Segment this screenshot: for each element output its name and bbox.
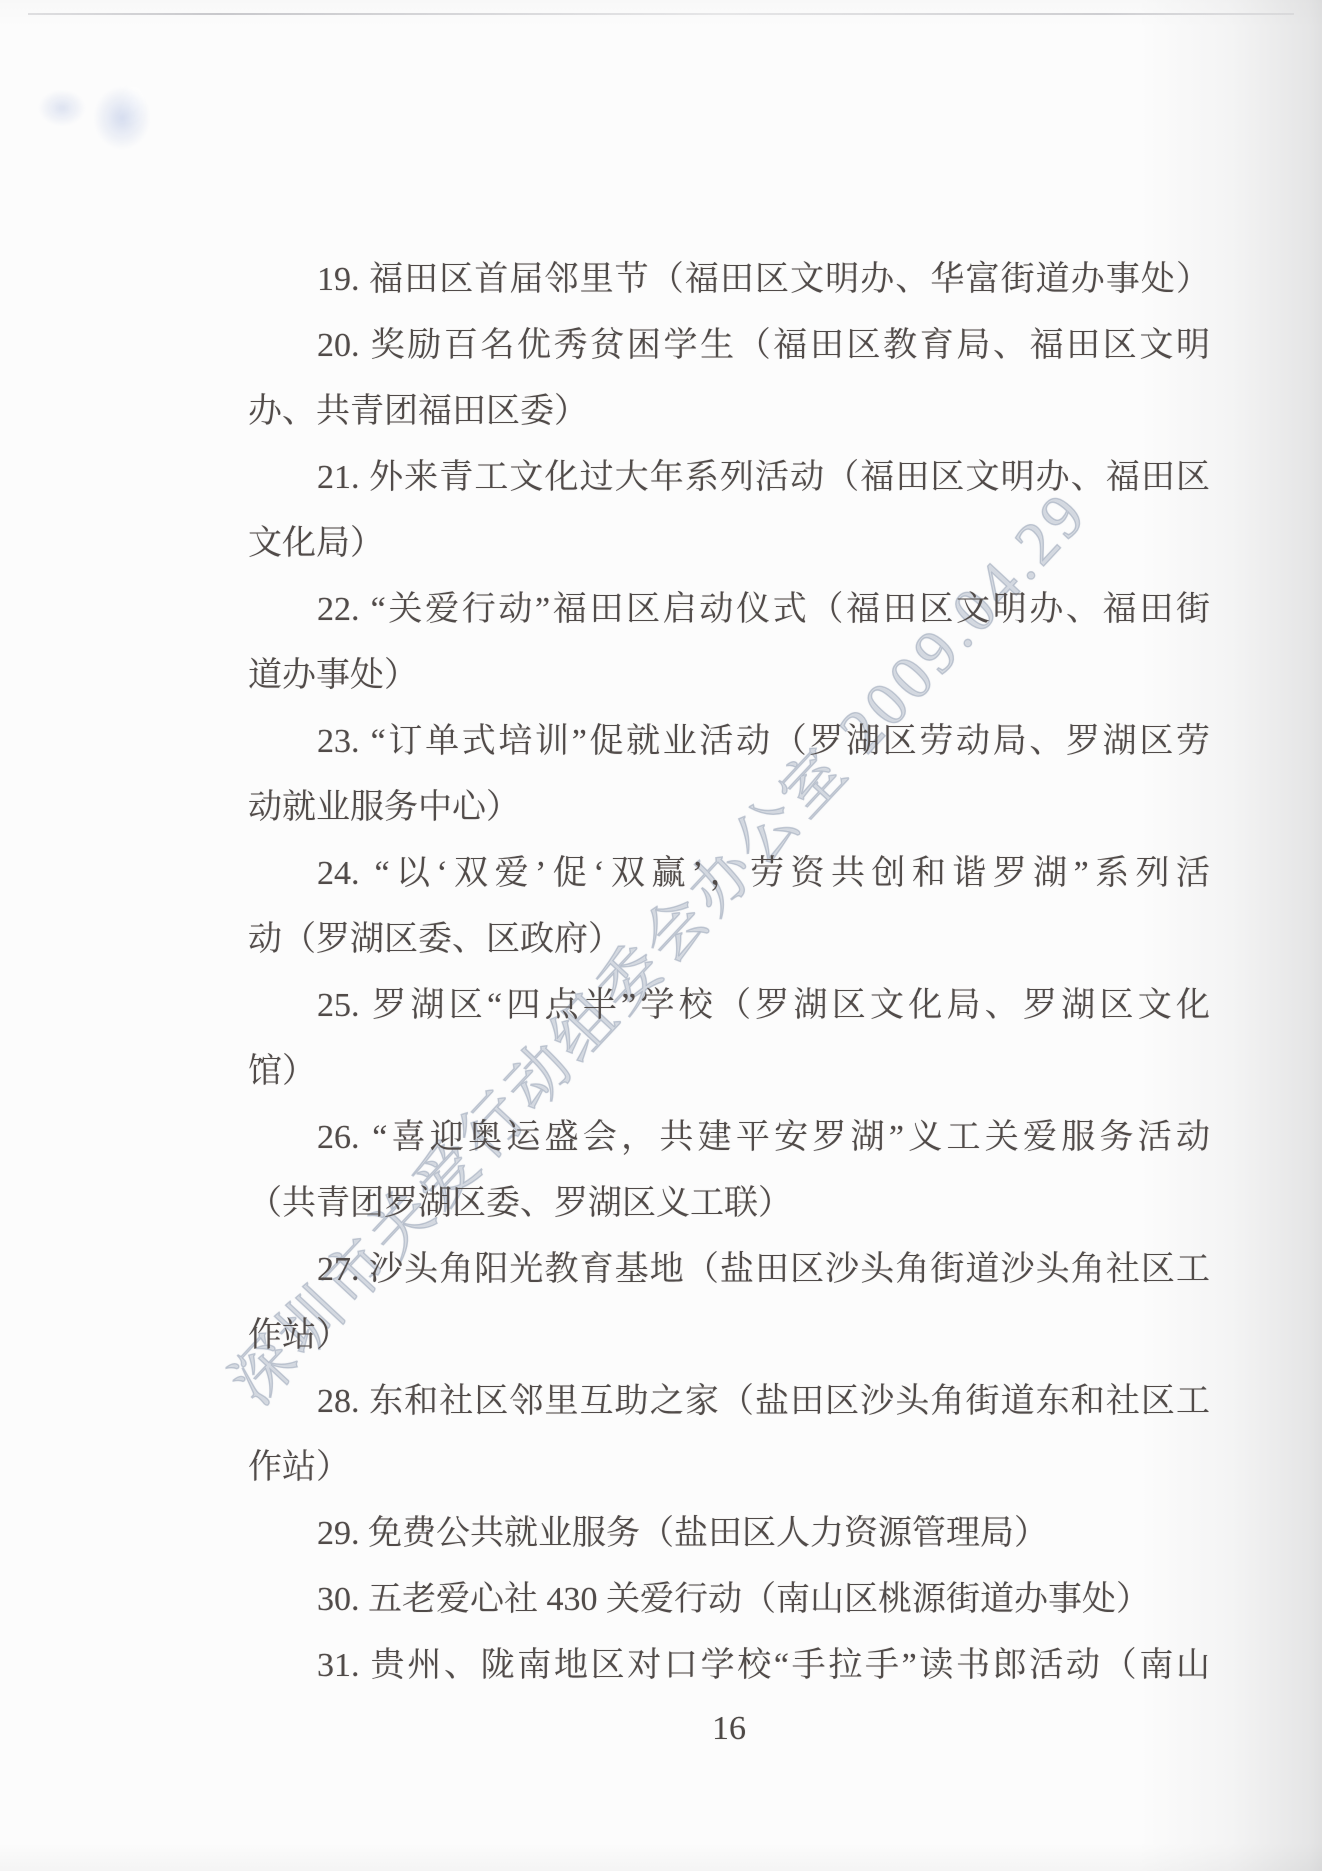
doc-line-item-25: 25. 罗湖区“四点半”学校（罗湖区文化局、罗湖区文化 [248, 973, 1210, 1039]
doc-line-item-27-cont: 作站） [248, 1303, 1210, 1369]
doc-line-item-22-cont: 道办事处） [248, 643, 1210, 709]
doc-line-item-21-cont: 文化局） [248, 511, 1210, 577]
doc-line-item-24-cont: 动（罗湖区委、区政府） [248, 907, 1210, 973]
doc-line-item-27: 27. 沙头角阳光教育基地（盐田区沙头角街道沙头角社区工 [248, 1237, 1210, 1303]
doc-line-item-29: 29. 免费公共就业服务（盐田区人力资源管理局） [248, 1501, 1210, 1567]
document-text-block: 19. 福田区首届邻里节（福田区文明办、华富街道办事处） 20. 奖励百名优秀贫… [248, 247, 1210, 1699]
doc-line-item-22: 22. “关爱行动”福田区启动仪式（福田区文明办、福田街 [248, 577, 1210, 643]
doc-line-item-26: 26. “喜迎奥运盛会，共建平安罗湖”义工关爱服务活动 [248, 1105, 1210, 1171]
doc-line-item-25-cont: 馆） [248, 1039, 1210, 1105]
doc-line-item-23-cont: 动就业服务中心） [248, 775, 1210, 841]
doc-line-item-23: 23. “订单式培训”促就业活动（罗湖区劳动局、罗湖区劳 [248, 709, 1210, 775]
doc-line-item-28: 28. 东和社区邻里互助之家（盐田区沙头角街道东和社区工 [248, 1369, 1210, 1435]
doc-line-item-30: 30. 五老爱心社 430 关爱行动（南山区桃源街道办事处） [248, 1567, 1210, 1633]
doc-line-item-20-cont: 办、共青团福田区委） [248, 379, 1210, 445]
doc-line-item-31: 31. 贵州、陇南地区对口学校“手拉手”读书郎活动（南山 [248, 1633, 1210, 1699]
doc-line-item-21: 21. 外来青工文化过大年系列活动（福田区文明办、福田区 [248, 445, 1210, 511]
scan-edge-line [28, 13, 1294, 15]
doc-line-item-28-cont: 作站） [248, 1435, 1210, 1501]
doc-line-item-26-cont: （共青团罗湖区委、罗湖区义工联） [248, 1171, 1210, 1237]
doc-line-item-19: 19. 福田区首届邻里节（福田区文明办、华富街道办事处） [248, 247, 1210, 313]
doc-line-item-20: 20. 奖励百名优秀贫困学生（福田区教育局、福田区文明 [248, 313, 1210, 379]
doc-line-item-24: 24. “以‘双爱’促‘双赢’，劳资共创和谐罗湖”系列活 [248, 841, 1210, 907]
page-number: 16 [248, 1699, 1210, 1759]
scan-corner-smudge [38, 74, 168, 169]
